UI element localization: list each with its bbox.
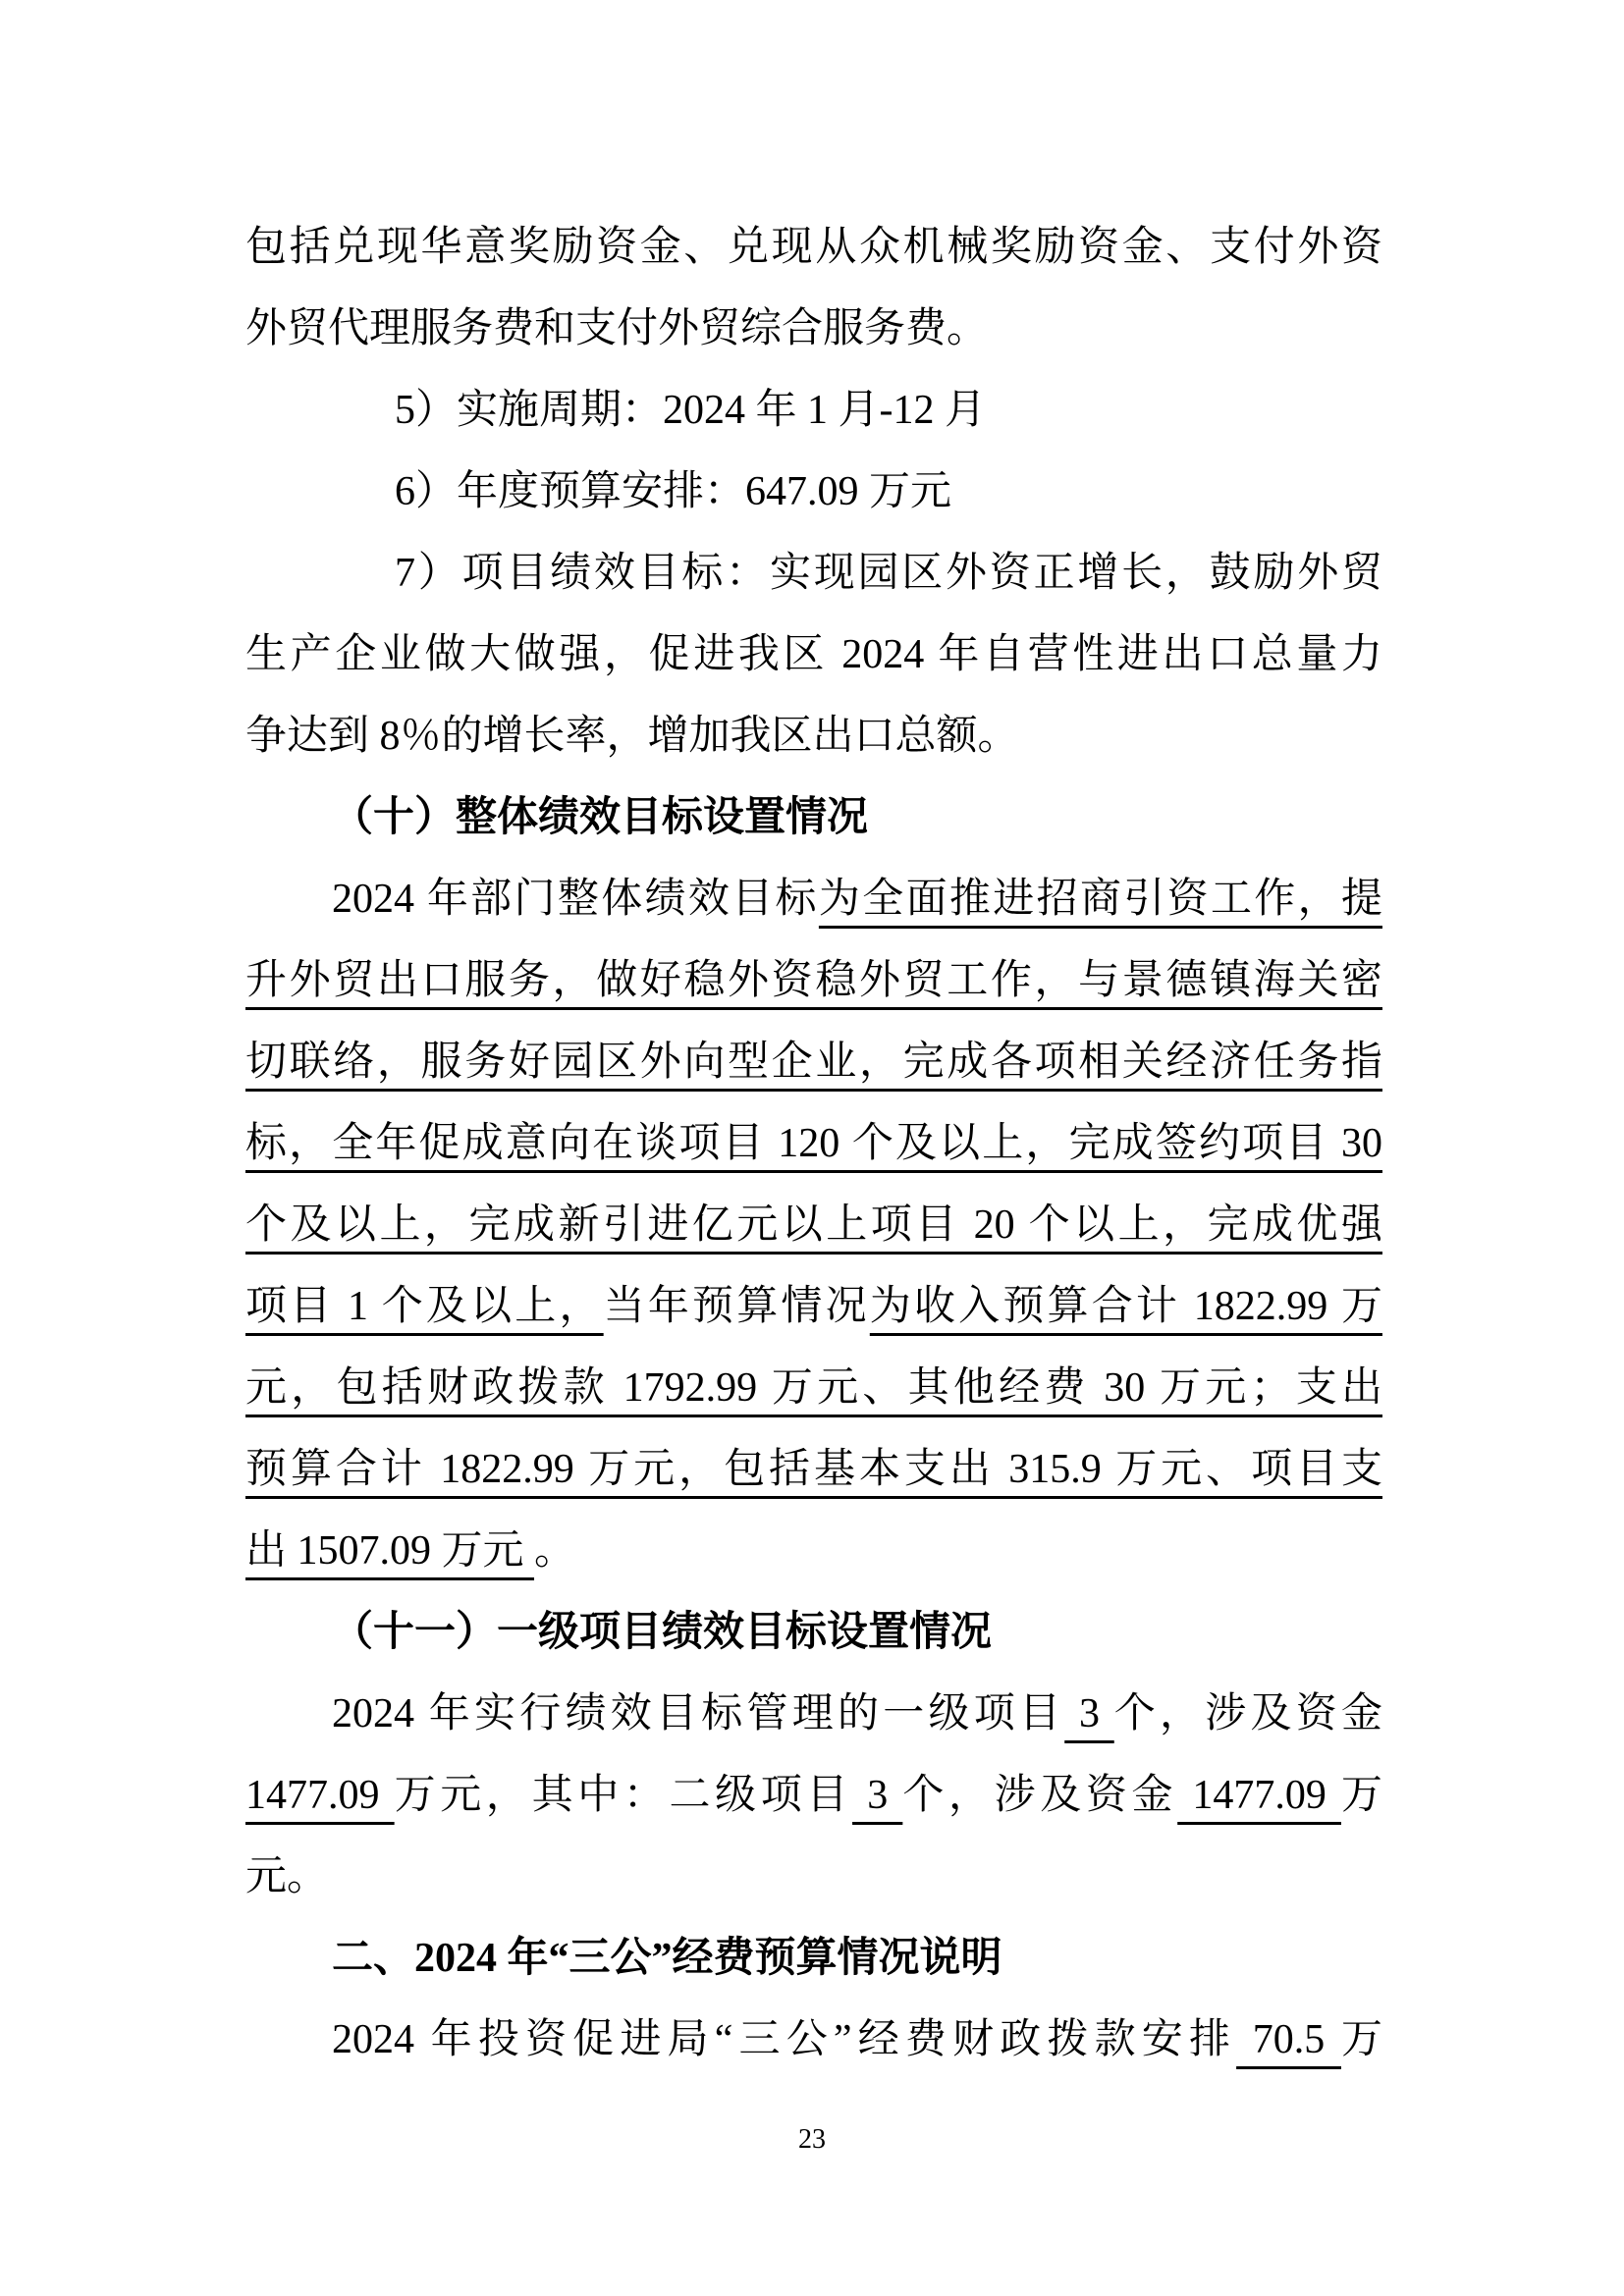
text-segment: 万元，其中：二级项目 <box>395 1773 852 1818</box>
para-overall-target-line-5: 个及以上，完成新引进亿元以上项目 20 个以上，完成优强 <box>245 1185 1382 1266</box>
text-segment: 争达到 8％的增长率，增加我区出口总额。 <box>245 714 1019 759</box>
underlined-text: 70.5 <box>1236 2017 1341 2062</box>
text-segment: 生产企业做大做强，促进我区 2024 年自营性进出口总量力 <box>245 632 1382 677</box>
underlined-text: 元，包括财政拨款 1792.99 万元、其他经费 30 万元；支出 <box>245 1365 1382 1411</box>
para-three-public-funds-line-1: 2024 年投资促进局“三公”经费财政拨款安排 70.5 万 <box>245 2000 1382 2081</box>
text-segment: 2024 年实行绩效目标管理的一级项目 <box>332 1691 1064 1736</box>
para-overall-target-line-3: 切联络，服务好园区外向型企业，完成各项相关经济任务指 <box>245 1022 1382 1103</box>
para-overall-target-line-2: 升外贸出口服务，做好稳外资稳外贸工作，与景德镇海关密 <box>245 940 1382 1022</box>
item-7-performance-target-line-2: 生产企业做大做强，促进我区 2024 年自营性进出口总量力 <box>245 614 1382 696</box>
item-6-annual-budget: 6）年度预算安排：647.09 万元 <box>245 452 1382 533</box>
text-segment: 2024 年部门整体绩效目标 <box>332 877 819 922</box>
heading-section-11: （十一）一级项目绩效目标设置情况 <box>245 1592 1382 1674</box>
text-segment: 。 <box>534 1528 575 1574</box>
para-level1-projects-line-3: 元。 <box>245 1837 1382 1918</box>
text-segment: （十一）一级项目绩效目标设置情况 <box>332 1610 992 1655</box>
para-level1-projects-line-2: 1477.09 万元，其中：二级项目 3 个，涉及资金 1477.09 万 <box>245 1755 1382 1837</box>
para-overall-target-line-1: 2024 年部门整体绩效目标为全面推进招商引资工作，提 <box>245 859 1382 940</box>
text-segment: 当年预算情况 <box>604 1284 870 1329</box>
text-segment: 2024 年投资促进局“三公”经费财政拨款安排 <box>332 2017 1236 2062</box>
text-segment: 包括兑现华意奖励资金、兑现从众机械奖励资金、支付外资 <box>245 225 1382 270</box>
para-overall-target-line-4: 标，全年促成意向在谈项目 120 个及以上，完成签约项目 30 <box>245 1103 1382 1185</box>
underlined-text: 1477.09 <box>245 1773 395 1818</box>
text-segment: 外贸代理服务费和支付外贸综合服务费。 <box>245 306 988 351</box>
text-segment: 6）年度预算安排：647.09 万元 <box>395 469 951 514</box>
heading-three-public-funds: 二、2024 年“三公”经费预算情况说明 <box>245 1918 1382 2000</box>
item-5-implementation-period: 5）实施周期：2024 年 1 月-12 月 <box>245 370 1382 452</box>
underlined-text: 个及以上，完成新引进亿元以上项目 20 个以上，完成优强 <box>245 1202 1382 1248</box>
underlined-text: 预算合计 1822.99 万元，包括基本支出 315.9 万元、项目支 <box>245 1447 1382 1492</box>
text-segment: 元。 <box>245 1854 328 1899</box>
para-level1-projects-line-1: 2024 年实行绩效目标管理的一级项目 3 个，涉及资金 <box>245 1674 1382 1755</box>
para-overall-target-line-8: 预算合计 1822.99 万元，包括基本支出 315.9 万元、项目支 <box>245 1429 1382 1511</box>
underlined-text: 出 1507.09 万元 <box>245 1528 534 1574</box>
underlined-text: 为全面推进招商引资工作，提 <box>819 877 1382 922</box>
text-segment: 7）项目绩效目标：实现园区外资正增长，鼓励外贸 <box>395 551 1382 596</box>
item-7-performance-target-line-1: 7）项目绩效目标：实现园区外资正增长，鼓励外贸 <box>245 533 1382 614</box>
underlined-text: 标，全年促成意向在谈项目 120 个及以上，完成签约项目 30 <box>245 1121 1382 1166</box>
underlined-text: 1477.09 <box>1177 1773 1341 1818</box>
text-segment: 个，涉及资金 <box>1114 1691 1382 1736</box>
para-overall-target-line-9: 出 1507.09 万元 。 <box>245 1511 1382 1592</box>
underlined-text: 为收入预算合计 1822.99 万 <box>870 1284 1382 1329</box>
item-7-performance-target-line-3: 争达到 8％的增长率，增加我区出口总额。 <box>245 696 1382 777</box>
text-segment: 二、2024 年“三公”经费预算情况说明 <box>332 1936 1002 1981</box>
text-segment: 个，涉及资金 <box>902 1773 1177 1818</box>
para-reward-funds-line-2: 外贸代理服务费和支付外贸综合服务费。 <box>245 289 1382 370</box>
underlined-text: 项目 1 个及以上， <box>245 1284 604 1329</box>
underlined-text: 切联络，服务好园区外向型企业，完成各项相关经济任务指 <box>245 1040 1382 1085</box>
document-body: 包括兑现华意奖励资金、兑现从众机械奖励资金、支付外资外贸代理服务费和支付外贸综合… <box>245 207 1382 2081</box>
page-number: 23 <box>0 2118 1624 2162</box>
text-segment: 5）实施周期：2024 年 1 月-12 月 <box>395 388 986 433</box>
text-segment: （十）整体绩效目标设置情况 <box>332 795 868 840</box>
para-overall-target-line-7: 元，包括财政拨款 1792.99 万元、其他经费 30 万元；支出 <box>245 1348 1382 1429</box>
underlined-text: 3 <box>852 1773 902 1818</box>
text-segment: 万 <box>1341 1773 1382 1818</box>
underlined-text: 升外贸出口服务，做好稳外资稳外贸工作，与景德镇海关密 <box>245 958 1382 1003</box>
text-segment: 万 <box>1341 2017 1382 2062</box>
underlined-text: 3 <box>1064 1691 1114 1736</box>
para-reward-funds-line-1: 包括兑现华意奖励资金、兑现从众机械奖励资金、支付外资 <box>245 207 1382 289</box>
para-overall-target-line-6: 项目 1 个及以上，当年预算情况为收入预算合计 1822.99 万 <box>245 1266 1382 1348</box>
document-page: 包括兑现华意奖励资金、兑现从众机械奖励资金、支付外资外贸代理服务费和支付外贸综合… <box>0 0 1624 2296</box>
heading-section-10: （十）整体绩效目标设置情况 <box>245 777 1382 859</box>
